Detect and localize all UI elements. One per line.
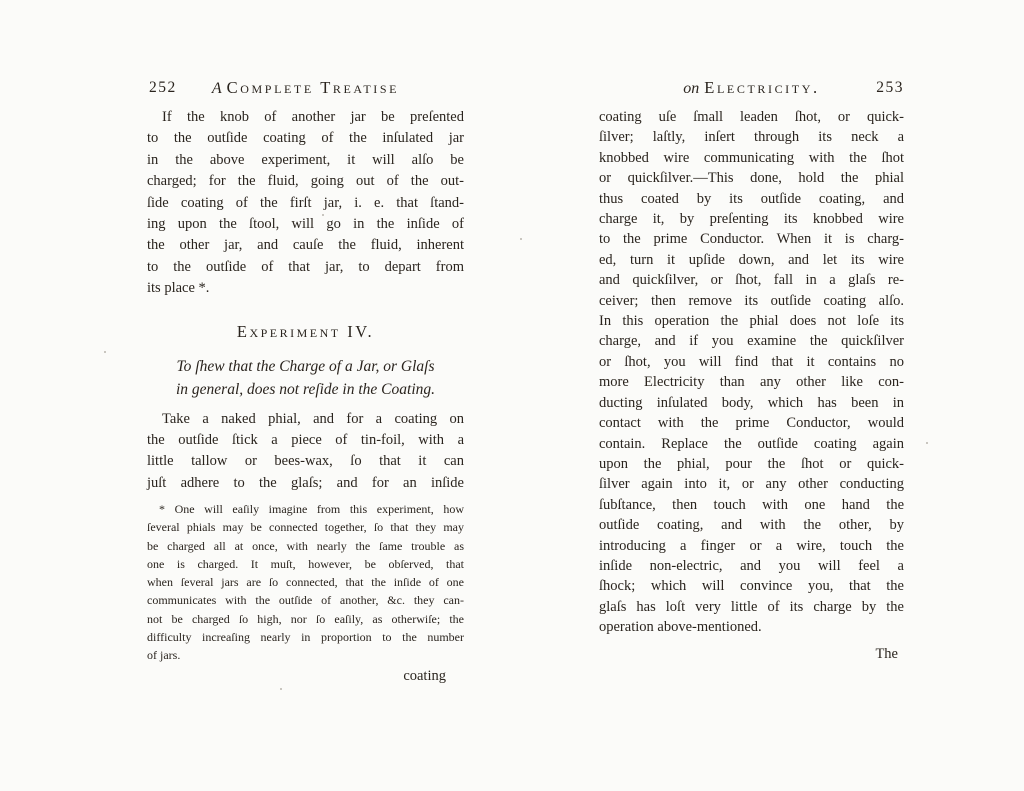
- page-left: 252 AComplete Treatise If the knob of an…: [147, 78, 464, 685]
- text-line: To ſhew that the Charge of a Jar, or Gla…: [147, 355, 464, 379]
- experiment-subtitle: To ſhew that the Charge of a Jar, or Gla…: [147, 355, 464, 402]
- right-page-number: 253: [876, 79, 904, 97]
- running-title-text: Electricity.: [704, 78, 819, 97]
- text-line: to the outſide of that jar, to depart fr…: [147, 257, 464, 278]
- text-line: ſhock; which will convince you, that the: [599, 576, 904, 596]
- scan-speckle: [280, 688, 282, 690]
- text-line: ſeveral phials may be connected together…: [147, 518, 464, 536]
- text-line: outſide coating, and with the other, by: [599, 515, 904, 535]
- text-line: Take a naked phial, and for a coating on: [147, 409, 464, 430]
- text-line: more Electricity than any other like con…: [599, 372, 904, 392]
- page-right: onElectricity. 253 coating uſe ſmall lea…: [599, 78, 904, 663]
- text-line: glaſs has loſt very little of its charge…: [599, 597, 904, 617]
- text-line: of jars.: [147, 646, 464, 664]
- text-line: contact with the prime Conductor, would: [599, 413, 904, 433]
- left-page-number: 252: [149, 79, 177, 97]
- text-line: ſilver; laſtly, inſert through its neck …: [599, 127, 904, 147]
- text-line: knobbed wire communicating with the ſhot: [599, 148, 904, 168]
- footnote: * One will eaſily imagine from this expe…: [147, 500, 464, 664]
- left-running-title: AComplete Treatise: [147, 78, 464, 98]
- text-line: ſubſtance, then touch with one hand the: [599, 495, 904, 515]
- right-catchword: The: [599, 646, 904, 663]
- running-title-article: on: [683, 80, 699, 97]
- text-line: to the outſide coating of the inſulated …: [147, 128, 464, 149]
- text-line: charge it, by preſenting its knobbed wir…: [599, 209, 904, 229]
- text-line: ceiver; then remove its outſide coating …: [599, 291, 904, 311]
- left-catchword: coating: [147, 668, 464, 685]
- text-line: the outſide ſtick a piece of tin-foil, w…: [147, 430, 464, 451]
- scan-speckle: [926, 442, 928, 444]
- text-line: not be charged ſo high, nor ſo eaſily, a…: [147, 610, 464, 628]
- scan-speckle: [520, 238, 522, 240]
- text-line: ducting inſulated body, which has been i…: [599, 393, 904, 413]
- text-line: juſt adhere to the glaſs; and for an inſ…: [147, 473, 464, 494]
- left-page-header: 252 AComplete Treatise: [147, 78, 464, 100]
- text-line: little tallow or bees-wax, ſo that it ca…: [147, 451, 464, 472]
- text-line: introducing a finger or a wire, touch th…: [599, 536, 904, 556]
- text-line: in the above experiment, it will alſo be: [147, 150, 464, 171]
- text-line: communicates with the outſide of another…: [147, 591, 464, 609]
- text-line: If the knob of another jar be preſented: [147, 107, 464, 128]
- paragraph-continued: coating uſe ſmall leaden ſhot, or quick-…: [599, 107, 904, 638]
- text-line: contain. Replace the outſide coating aga…: [599, 434, 904, 454]
- text-line: its place *.: [147, 278, 464, 299]
- scan-speckle: [322, 214, 324, 216]
- text-line: charged; for the fluid, going out of the…: [147, 171, 464, 192]
- text-line: difficulty increaſing nearly in proporti…: [147, 628, 464, 646]
- text-line: or ſhot, you will find that it contains …: [599, 352, 904, 372]
- text-line: when ſeveral jars are ſo connected, that…: [147, 573, 464, 591]
- text-line: ſilver again into it, or any other condu…: [599, 474, 904, 494]
- paragraph-1: If the knob of another jar be preſentedt…: [147, 107, 464, 300]
- text-line: inſide non-electric, and you will feel a: [599, 556, 904, 576]
- text-line: one is charged. It muſt, however, be obſ…: [147, 555, 464, 573]
- text-line: In this operation the phial does not loſ…: [599, 311, 904, 331]
- text-line: be charged all at once, with nearly the …: [147, 537, 464, 555]
- text-line: to the prime Conductor. When it is charg…: [599, 229, 904, 249]
- running-title-text: Complete Treatise: [227, 78, 399, 97]
- text-line: in general, does not reſide in the Coati…: [147, 378, 464, 402]
- text-line: or quickſilver.—This done, hold the phia…: [599, 168, 904, 188]
- running-title-article: A: [212, 80, 222, 97]
- text-line: ed, turn it upſide down, and let its wir…: [599, 250, 904, 270]
- text-line: operation above-mentioned.: [599, 617, 904, 637]
- experiment-heading: Experiment IV.: [147, 322, 464, 342]
- paragraph-2: Take a naked phial, and for a coating on…: [147, 409, 464, 495]
- scan-speckle: [104, 351, 106, 353]
- right-running-title: onElectricity.: [599, 78, 904, 98]
- text-line: * One will eaſily imagine from this expe…: [147, 500, 464, 518]
- text-line: charge, and if you examine the quickſilv…: [599, 331, 904, 351]
- text-line: ing upon the ſtool, will go in the inſid…: [147, 214, 464, 235]
- text-line: ſide coating of the firſt jar, i. e. tha…: [147, 193, 464, 214]
- text-line: thus coated by its outſide coating, and: [599, 189, 904, 209]
- text-line: and quickſilver, or ſhot, fall in a glaſ…: [599, 270, 904, 290]
- text-line: upon the phial, pour the ſhot or quick-: [599, 454, 904, 474]
- text-line: the other jar, and cauſe the fluid, inhe…: [147, 235, 464, 256]
- right-page-header: onElectricity. 253: [599, 78, 904, 100]
- text-line: coating uſe ſmall leaden ſhot, or quick-: [599, 107, 904, 127]
